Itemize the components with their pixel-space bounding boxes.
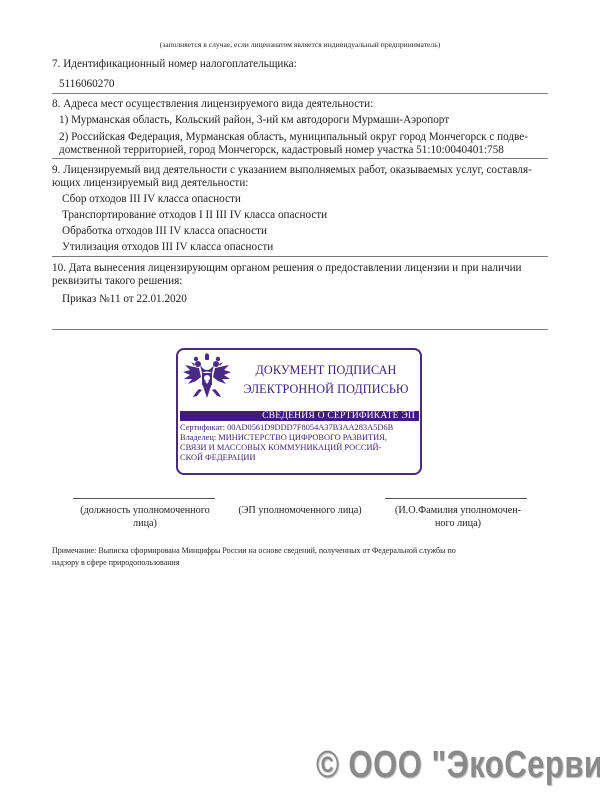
address-item-continued: домственной территорией, город Мончегорс… bbox=[59, 143, 504, 157]
certificate-info-band: СВЕДЕНИЯ О СЕРТИФИКАТЕ ЭП bbox=[180, 411, 419, 421]
divider bbox=[52, 158, 548, 159]
section-10-title-continued: реквизиты такого решения: bbox=[52, 274, 182, 288]
certificate-row: Сертификат: 00AD0561D9DDD7F8054A37B3AA28… bbox=[180, 423, 393, 433]
certificate-number: 00AD0561D9DDD7F8054A37B3AA283A5D6B bbox=[227, 423, 393, 432]
divider bbox=[52, 256, 548, 257]
electronic-signature-stamp: ДОКУМЕНТ ПОДПИСАН ЭЛЕКТРОННОЙ ПОДПИСЬЮ С… bbox=[176, 348, 422, 475]
signature-line-position bbox=[73, 498, 215, 499]
owner-name: МИНИСТЕРСТВО ЦИФРОВОГО РАЗВИТИЯ, bbox=[218, 433, 387, 442]
section-9-title-continued: ющих лицензируемый вид деятельности: bbox=[52, 176, 248, 190]
section-10-title: 10. Дата вынесения лицензирующим органом… bbox=[52, 261, 522, 275]
signature-caption-position: (должность уполномоченного лица) bbox=[60, 504, 230, 530]
owner-name-continued: СКОЙ ФЕДЕРАЦИИ bbox=[180, 453, 256, 463]
owner-row: Владелец: МИНИСТЕРСТВО ЦИФРОВОГО РАЗВИТИ… bbox=[180, 433, 387, 443]
decision-value: Приказ №11 от 22.01.2020 bbox=[62, 292, 187, 306]
owner-label: Владелец: bbox=[180, 433, 216, 442]
copyright-watermark: © ООО "ЭкоСервис" bbox=[316, 744, 600, 786]
certificate-label: Сертификат: bbox=[180, 423, 225, 432]
activity-item: Сбор отходов III IV класса опасности bbox=[62, 192, 241, 206]
address-item: 2) Российская Федерация, Мурманская обла… bbox=[59, 130, 528, 144]
caption-line: (ЭП уполномоченного лица) bbox=[225, 504, 375, 517]
caption-line: (И.О.Фамилия уполномочен- bbox=[378, 504, 538, 517]
activity-item: Транспортирование отходов I II III IV кл… bbox=[62, 208, 327, 222]
owner-name-continued: СВЯЗИ И МАССОВЫХ КОММУНИКАЦИЙ РОССИЙ- bbox=[180, 443, 381, 453]
activity-item: Утилизация отходов III IV класса опаснос… bbox=[62, 240, 273, 254]
double-headed-eagle-emblem-icon bbox=[181, 353, 233, 405]
stamp-title: ДОКУМЕНТ ПОДПИСАН bbox=[236, 362, 416, 378]
signature-caption-esign: (ЭП уполномоченного лица) bbox=[225, 504, 375, 517]
inn-value: 5116060270 bbox=[59, 77, 115, 91]
section-8-title: 8. Адреса мест осуществления лицензируем… bbox=[52, 97, 373, 111]
caption-line: ного лица) bbox=[378, 517, 538, 530]
caption-line: (должность уполномоченного bbox=[60, 504, 230, 517]
activity-item: Обработка отходов III IV класса опасност… bbox=[62, 224, 267, 238]
divider bbox=[52, 93, 548, 94]
caption-line: лица) bbox=[60, 517, 230, 530]
note: Примечание: Выписка сформирована Минцифр… bbox=[52, 546, 456, 556]
section-9-title: 9. Лицензируемый вид деятельности с указ… bbox=[52, 163, 532, 177]
signature-line-name bbox=[385, 498, 527, 499]
divider bbox=[52, 329, 548, 330]
header-note: (заполняется в случае, если лицензиатом … bbox=[0, 40, 600, 50]
stamp-title-line-2: ЭЛЕКТРОННОЙ ПОДПИСЬЮ bbox=[236, 381, 416, 397]
signature-caption-name: (И.О.Фамилия уполномочен- ного лица) bbox=[378, 504, 538, 530]
section-7-title: 7. Идентификационный номер налогоплатель… bbox=[52, 57, 297, 71]
address-item: 1) Мурманская область, Кольский район, 3… bbox=[59, 113, 449, 127]
note-continued: надзору в сфере природопользования bbox=[52, 558, 180, 568]
